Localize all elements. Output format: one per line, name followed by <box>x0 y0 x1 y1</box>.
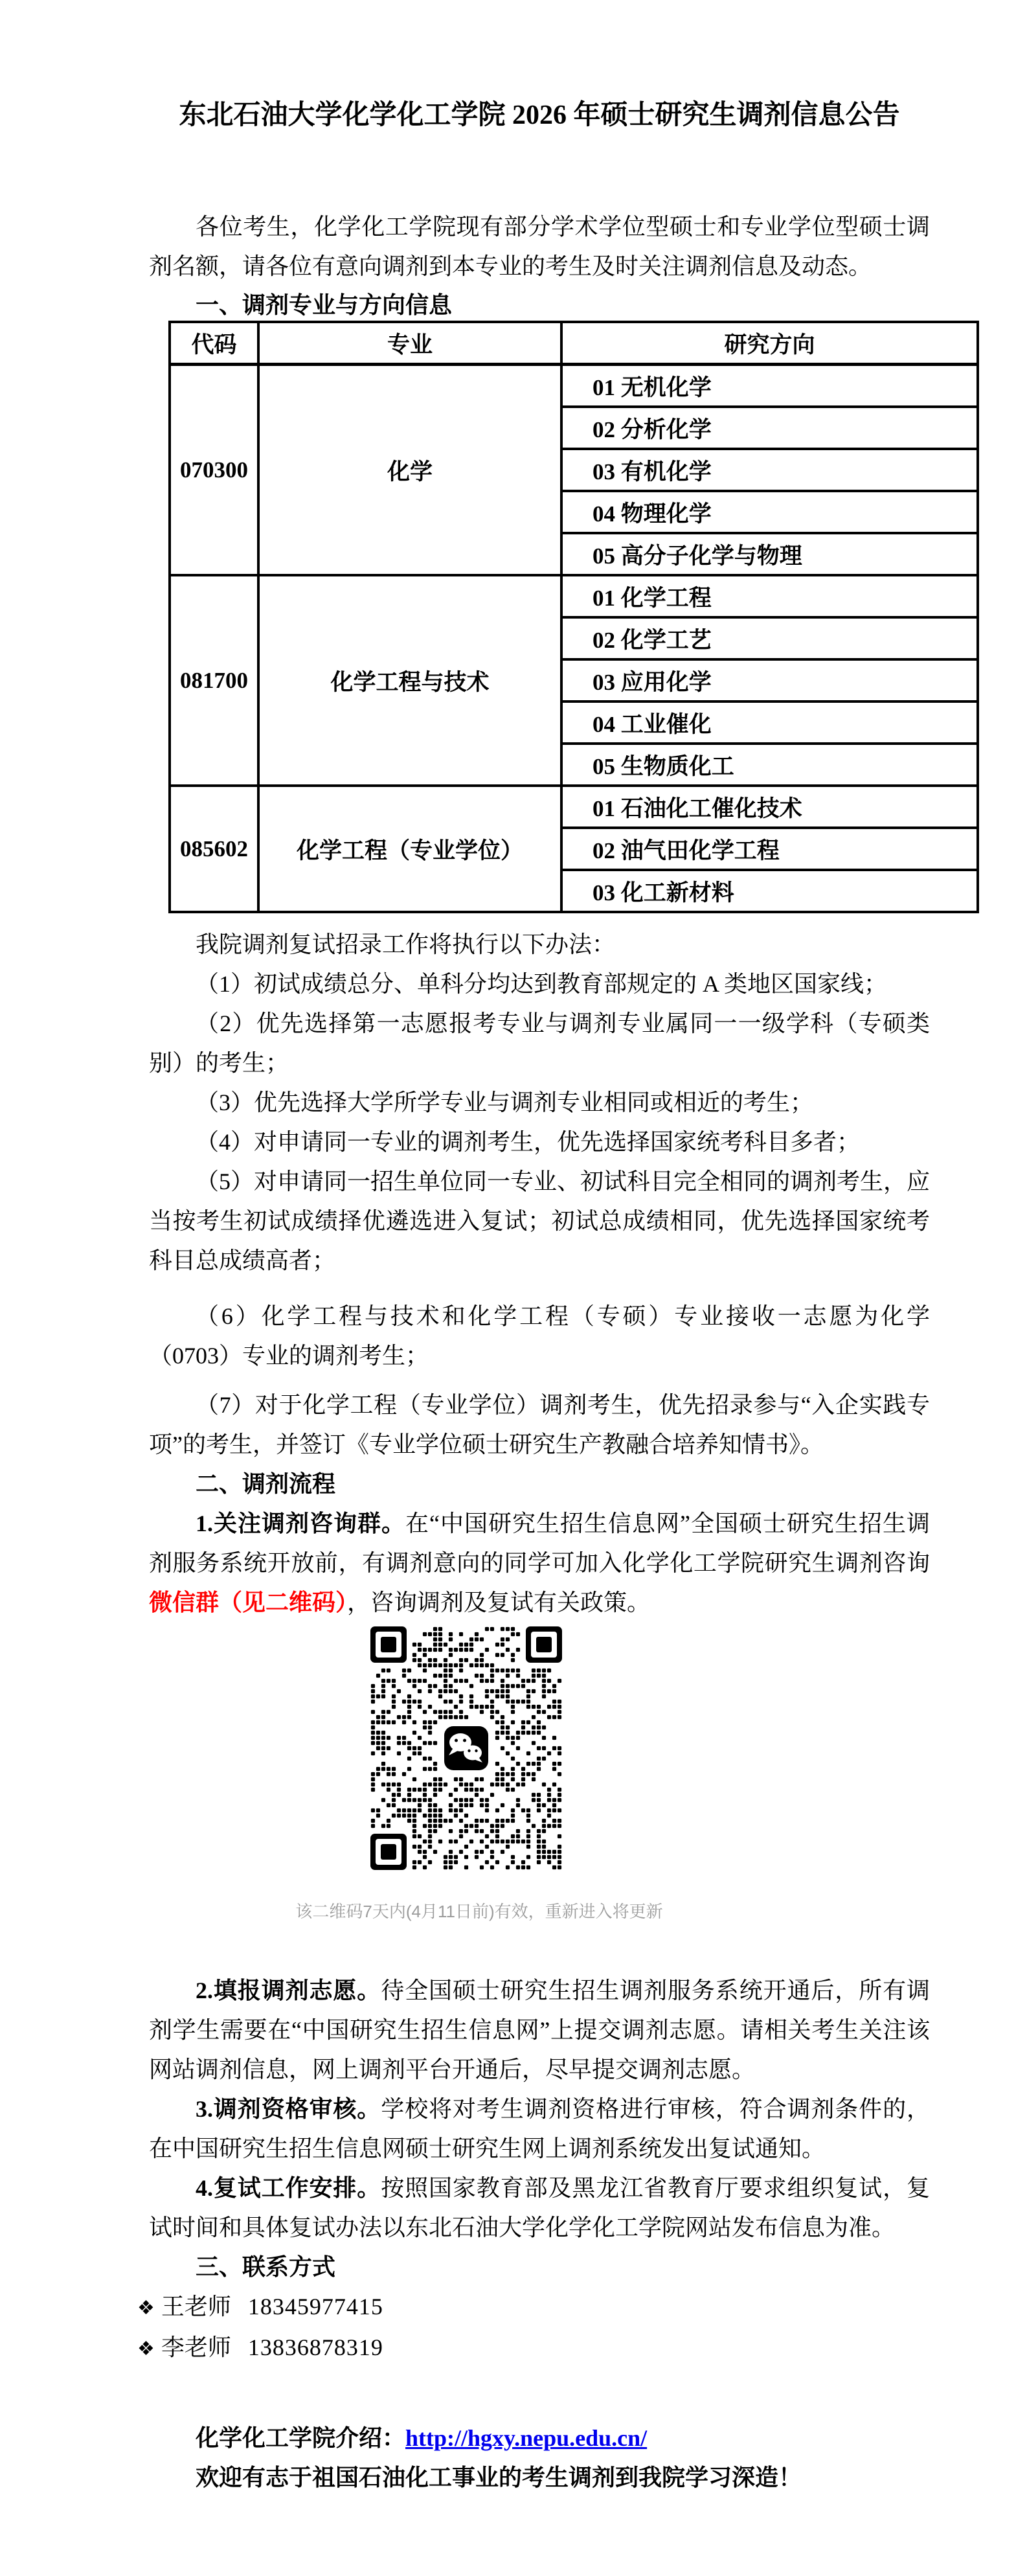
research-direction: 02 化学工艺 <box>561 617 978 659</box>
research-direction: 03 化工新材料 <box>561 870 978 912</box>
contact-list: ❖王老师18345977415❖李老师13836878319 <box>149 2287 930 2369</box>
step-paragraph-2: 2.填报调剂志愿。待全国硕士研究生招生调剂服务系统开通后，所有调剂学生需要在“中… <box>149 1971 930 2090</box>
major-name-0: 化学 <box>258 365 561 576</box>
adjustment-steps: 2.填报调剂志愿。待全国硕士研究生招生调剂服务系统开通后，所有调剂学生需要在“中… <box>149 1971 930 2248</box>
policy-intro: 我院调剂复试招录工作将执行以下办法： <box>149 925 930 964</box>
step-lead: 4.复试工作安排。 <box>196 2175 381 2201</box>
policy-list: （1）初试成绩总分、单科分均达到教育部规定的 A 类地区国家线；（2）优先选择第… <box>149 964 930 1465</box>
research-direction: 05 高分子化学与物理 <box>561 533 978 575</box>
document-title: 东北石油大学化学化工学院 2026 年硕士研究生调剂信息公告 <box>149 96 930 135</box>
contact-phone: 18345977415 <box>248 2294 383 2320</box>
step-paragraph-4: 4.复试工作安排。按照国家教育部及黑龙江省教育厅要求组织复试，复试时间和具体复试… <box>149 2169 930 2248</box>
contact-line: ❖李老师13836878319 <box>137 2328 930 2369</box>
policy-item-7: （7）对于化学工程（专业学位）调剂考生，优先招录参与“入企实践专项”的考生，并签… <box>149 1385 930 1465</box>
major-code-081700: 081700 <box>170 575 258 786</box>
research-direction: 03 应用化学 <box>561 659 978 701</box>
major-name-2: 化学工程（专业学位） <box>258 786 561 912</box>
contact-phone: 13836878319 <box>248 2334 383 2360</box>
policy-item-3: （3）优先选择大学所学专业与调剂专业相同或相近的考生； <box>149 1083 930 1123</box>
college-website-link[interactable]: http://hgxy.nepu.edu.cn/ <box>405 2425 647 2451</box>
policy-item-1: （1）初试成绩总分、单科分均达到教育部规定的 A 类地区国家线； <box>149 964 930 1004</box>
announcement-document: 东北石油大学化学化工学院 2026 年硕士研究生调剂信息公告 各位考生，化学化工… <box>0 0 1027 2576</box>
col-header-0: 代码 <box>170 322 258 365</box>
step-paragraph-3: 3.调剂资格审核。学校将对考生调剂资格进行审核，符合调剂条件的，在中国研究生招生… <box>149 2090 930 2169</box>
research-direction: 01 无机化学 <box>561 365 978 407</box>
step1-text-after: ，咨询调剂及复试有关政策。 <box>347 1590 650 1615</box>
major-code-070300: 070300 <box>170 365 258 576</box>
section1-heading: 一、调剂专业与方向信息 <box>149 290 930 321</box>
policy-item-4: （4）对申请同一专业的调剂考生，优先选择国家统考科目多者； <box>149 1123 930 1162</box>
step1-lead: 1.关注调剂咨询群。 <box>196 1510 405 1536</box>
wechat-group-highlight: 微信群（见二维码） <box>149 1590 347 1615</box>
closing-line: 欢迎有志于祖国石油化工事业的考生调剂到我院学习深造！ <box>149 2458 930 2498</box>
majors-table-body: 070300化学01 无机化学02 分析化学03 有机化学04 物理化学05 高… <box>170 365 978 913</box>
step1-paragraph: 1.关注调剂咨询群。在“中国研究生招生信息网”全国硕士研究生招生调剂服务系统开放… <box>149 1504 930 1623</box>
contact-name: 李老师 <box>161 2334 231 2360</box>
section3-heading: 三、联系方式 <box>149 2248 930 2287</box>
contact-name: 王老师 <box>161 2294 231 2320</box>
table-row: 081700化学工程与技术01 化学工程 <box>170 575 978 617</box>
research-direction: 01 石油化工催化技术 <box>561 786 978 828</box>
major-name-1: 化学工程与技术 <box>258 575 561 786</box>
research-direction: 05 生物质化工 <box>561 744 978 786</box>
policy-item-6: （6）化学工程与技术和化学工程（专硕）专业接收一志愿为化学（0703）专业的调剂… <box>149 1297 930 1376</box>
wechat-qr-code <box>369 1625 563 1871</box>
majors-table: 代码专业研究方向 070300化学01 无机化学02 分析化学03 有机化学04… <box>168 321 979 913</box>
contact-line: ❖王老师18345977415 <box>137 2287 930 2328</box>
step-lead: 2.填报调剂志愿。 <box>196 1978 381 2003</box>
research-direction: 03 有机化学 <box>561 449 978 491</box>
table-row: 085602化学工程（专业学位）01 石油化工催化技术 <box>170 786 978 828</box>
major-code-085602: 085602 <box>170 786 258 912</box>
policy-item-2: （2）优先选择第一志愿报考专业与调剂专业属同一一级学科（专硕类别）的考生； <box>149 1004 930 1083</box>
intro-paragraph: 各位考生，化学化工学院现有部分学术学位型硕士和专业学位型硕士调剂名额，请各位有意… <box>149 207 930 286</box>
col-header-2: 研究方向 <box>561 322 978 365</box>
majors-table-header: 代码专业研究方向 <box>170 322 978 365</box>
research-direction: 04 物理化学 <box>561 491 978 533</box>
college-intro-line: 化学化工学院介绍：http://hgxy.nepu.edu.cn/ <box>149 2419 930 2458</box>
diamond-bullet-icon: ❖ <box>137 2338 155 2360</box>
section2-heading: 二、调剂流程 <box>149 1465 930 1504</box>
research-direction: 02 油气田化学工程 <box>561 828 978 870</box>
research-direction: 04 工业催化 <box>561 701 978 744</box>
diamond-bullet-icon: ❖ <box>137 2297 155 2319</box>
table-row: 070300化学01 无机化学 <box>170 365 978 407</box>
qr-validity-caption: 该二维码7天内(4月11日前)有效，重新进入将更新 <box>285 1901 673 1922</box>
research-direction: 02 分析化学 <box>561 407 978 449</box>
college-intro-label: 化学化工学院介绍： <box>196 2425 405 2451</box>
col-header-1: 专业 <box>258 322 561 365</box>
step-lead: 3.调剂资格审核。 <box>196 2096 381 2122</box>
policy-item-5: （5）对申请同一招生单位同一专业、初试科目完全相同的调剂考生，应当按考生初试成绩… <box>149 1162 930 1281</box>
research-direction: 01 化学工程 <box>561 575 978 617</box>
